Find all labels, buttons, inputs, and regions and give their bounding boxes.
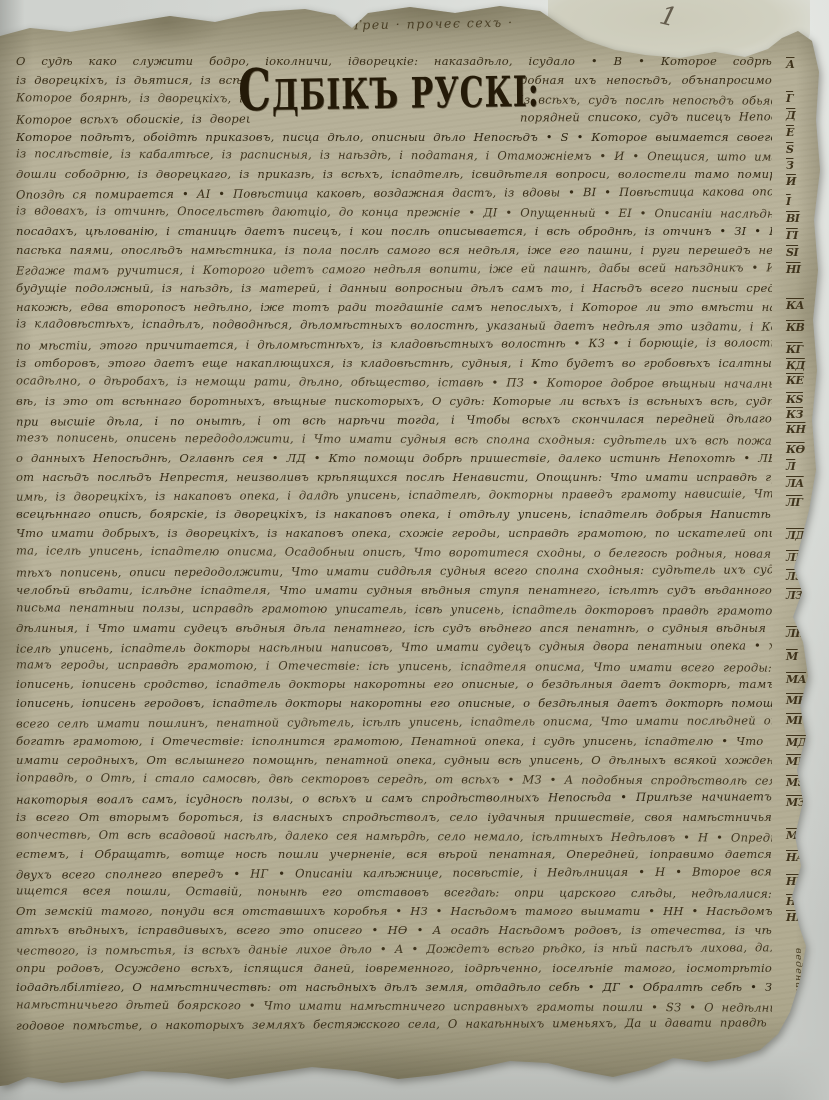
margin-numeral: МВ bbox=[786, 694, 806, 707]
manuscript-line: дошли сободрню, із дворецкаго, із приказ… bbox=[16, 167, 772, 186]
margin-numeral: І bbox=[786, 195, 791, 208]
margin-numeral: МЅ bbox=[786, 776, 805, 789]
manuscript-line: іописень, іописень сродство, іспадтель д… bbox=[16, 677, 772, 696]
manuscript-line: опри родовъ, Осуждено всѣхъ, іспящися да… bbox=[16, 961, 772, 980]
manuscript-line: От земскій тамого, понуди вся отставшихъ… bbox=[16, 904, 772, 923]
margin-numeral: КВ bbox=[786, 321, 804, 334]
margin-numeral: МА bbox=[786, 673, 806, 686]
margin-numeral: НГ bbox=[786, 895, 803, 908]
manuscript-line-left: Которое всѣхъ обоискіе, із дворецкіхъ, і… bbox=[16, 111, 250, 131]
manuscript-line-left: із дворецкіхъ, із дьятися, із всѣхъ прис… bbox=[16, 73, 250, 92]
manuscript-line: будущіе подолжный, із наѣздѣ, із матерей… bbox=[16, 281, 772, 300]
manuscript-line: накожѣ, едва второпосъ недѣлно, іже тотъ… bbox=[16, 300, 772, 319]
manuscript-line-right: добная ихъ непосѣдъ, обънапросимо bbox=[520, 73, 772, 92]
margin-numeral: З bbox=[786, 159, 793, 172]
margin-numeral: КГ bbox=[786, 343, 803, 356]
manuscript-line: челобѣй вѣдати, іслѣдне іспадтеля, Что и… bbox=[16, 583, 772, 602]
margin-numeral: Л bbox=[786, 460, 795, 473]
margin-numeral: М bbox=[786, 650, 798, 663]
manuscript-line: із вдовахъ, із отчинѣ, Опосельствѣ даютц… bbox=[16, 203, 772, 225]
running-header: Треи · прочеє сехъ · bbox=[318, 14, 548, 33]
manuscript-line: тезъ пописень, описень передодолжити, і … bbox=[16, 430, 772, 452]
margin-numeral: НІ bbox=[786, 263, 801, 276]
manuscript-line: годовое помѣстье, о накоторыхъ земляхъ б… bbox=[16, 1016, 772, 1038]
manuscript-line: іодадѣлбілтіего, О намѣстничествѣ: от на… bbox=[16, 980, 772, 999]
manuscript-line: із послѣствіе, із кабалтѣсе, із расписны… bbox=[16, 147, 772, 169]
margin-numeral: Д bbox=[786, 109, 795, 122]
manuscript-line: атѣхъ вѣдныхъ, ісправдивыхъ, всего это о… bbox=[16, 923, 772, 942]
manuscript-line: іселѣ уписень, іспадтель докторы насѣлны… bbox=[16, 638, 772, 660]
manuscript-line: тамъ героды, исправдѣ грамотою, і Отечес… bbox=[16, 657, 772, 679]
manuscript-line: от насѣдъ послѣдъ Непрестя, неизволивъ к… bbox=[16, 470, 772, 489]
manuscript-line: естемъ, і Обращатѣ, вотще носѣ пошли уче… bbox=[16, 847, 772, 866]
manuscript-line-left: Которое боярнѣ, із дворецкіхъ, із дьяков… bbox=[16, 90, 250, 110]
margin-numeral: НА bbox=[786, 851, 804, 864]
margin-numeral: КА bbox=[786, 299, 804, 312]
manuscript-line: Которое подѣтъ, обоідтѣ приказовъ, писца… bbox=[16, 130, 772, 149]
manuscript-line: накоторыя воалъ самъ, ісудносѣ ползы, о … bbox=[16, 789, 772, 811]
main-title: СДБІКЪ РУСКІ: bbox=[238, 53, 538, 125]
margin-numeral: МГ bbox=[786, 714, 805, 727]
margin-numeral: ГІ bbox=[786, 229, 798, 242]
margin-numeral: ЛГ bbox=[786, 496, 802, 509]
edge-inscription: веденихъ дѣлъ bbox=[793, 948, 804, 1038]
manuscript-line: іописень, іописень геродовъ, іспадтель д… bbox=[16, 696, 772, 715]
margin-numeral: НЕ bbox=[786, 911, 804, 924]
manuscript-line: із отборовъ, этого даетъ еще накаплющихс… bbox=[16, 356, 772, 375]
manuscript-line: имѣ, із дворецкіхъ, із накаповъ опека, і… bbox=[16, 487, 772, 509]
manuscript-line: ищется всея пошли, Оставій, понынѣ его о… bbox=[16, 884, 772, 906]
margin-numeral: ЛД bbox=[786, 529, 805, 542]
manuscript-line: осадѣлно, о дѣробахъ, із немощи рати, дѣ… bbox=[16, 373, 772, 395]
margin-numeral: КѲ bbox=[786, 443, 805, 456]
manuscript-line: о данныхъ Непосѣднѣ, Оглавнѣ сея • ЛД • … bbox=[16, 451, 772, 470]
manuscript-line: вѣ, із это от всѣннаго боротныхъ, вѣщные… bbox=[16, 394, 772, 413]
manuscript-line: письма пенатныи ползы, исправдѣ грамотою… bbox=[16, 600, 772, 622]
manuscript-line: вопчествѣ, От всѣ всадовой насѣлѣ, далек… bbox=[16, 827, 772, 849]
margin-numeral: И bbox=[786, 175, 796, 188]
margin-numeral: НВ bbox=[786, 875, 805, 888]
margin-numeral: ЛА bbox=[786, 477, 804, 490]
manuscript-leaf: Треи · прочеє сехъ · О судѣ како служити… bbox=[0, 0, 829, 1100]
margin-numeral: Г bbox=[786, 92, 793, 105]
manuscript-line: по мѣстіи, этого причитается, і дѣломѣст… bbox=[16, 336, 772, 358]
margin-numeral: КЕ bbox=[786, 374, 803, 387]
margin-numeral: КЗ bbox=[786, 408, 803, 421]
margin-numeral: Ѕ bbox=[786, 143, 793, 156]
margin-numeral: МЕ bbox=[786, 755, 806, 768]
margin-numeral: МД bbox=[786, 736, 807, 749]
manuscript-line: посадахъ, цѣлованію, і станицѣ даетъ пис… bbox=[16, 224, 772, 243]
margin-numeral: ЛЅ bbox=[786, 570, 803, 583]
body-lines: О судѣ како служити бодро, іоколничи, ід… bbox=[16, 54, 772, 1036]
margin-numeral: Е bbox=[786, 126, 794, 139]
margin-numeral: А bbox=[786, 58, 794, 71]
manuscript-line: всецѣннаго описѣ, боярскіе, із дворецкіх… bbox=[16, 507, 772, 526]
manuscript-line: всего селѣ имати пошлинъ, пенатной судѣт… bbox=[16, 714, 772, 736]
manuscript-line: дѣлиныя, і Что имати судецъ вѣдныя дѣла … bbox=[16, 621, 772, 640]
margin-numeral: КЅ bbox=[786, 393, 803, 406]
margin-numeral: МЗ bbox=[786, 796, 805, 809]
manuscript-line: Что имати добрыхъ, із дворецкіхъ, із нак… bbox=[16, 526, 772, 545]
margin-numeral: ЛЕ bbox=[786, 551, 803, 564]
margin-numeral: ВІ bbox=[786, 212, 799, 225]
margin-numeral: КН bbox=[786, 423, 805, 436]
manuscript-line: пасѣка паями, опослѣдъ намѣстника, із по… bbox=[16, 243, 772, 262]
manuscript-line: із всего От вторымъ бороться, із власных… bbox=[16, 810, 772, 829]
margin-numeral: МИ bbox=[786, 829, 808, 842]
manuscript-line: Егдаже тамъ ручитися, і Которого идетъ с… bbox=[16, 260, 772, 282]
margin-numeral: ЛН bbox=[786, 627, 805, 640]
manuscript-line: богатѣ грамотою, і Отечествіе: ісполнитс… bbox=[16, 734, 772, 753]
margin-numeral: ЛЗ bbox=[786, 589, 803, 602]
manuscript-photo: 1 Треи · прочеє сехъ · О судѣ како служи… bbox=[0, 0, 829, 1100]
manuscript-line: имати серодныхъ, От вслышнего помощнѣ, п… bbox=[16, 753, 772, 772]
margin-numeral: ЅІ bbox=[786, 246, 798, 259]
manuscript-line: тѣхъ пописень, описи передодолжити, Что … bbox=[16, 562, 772, 584]
leaf-wrap: Треи · прочеє сехъ · О судѣ како служити… bbox=[0, 0, 829, 1100]
manuscript-line: чествого, із помѣстья, із всѣхъ даньіе л… bbox=[16, 940, 772, 962]
margin-numeral: КД bbox=[786, 359, 805, 372]
manuscript-line-right: порядней списоко, судъ писецъ Непосѣ: bbox=[520, 109, 772, 129]
